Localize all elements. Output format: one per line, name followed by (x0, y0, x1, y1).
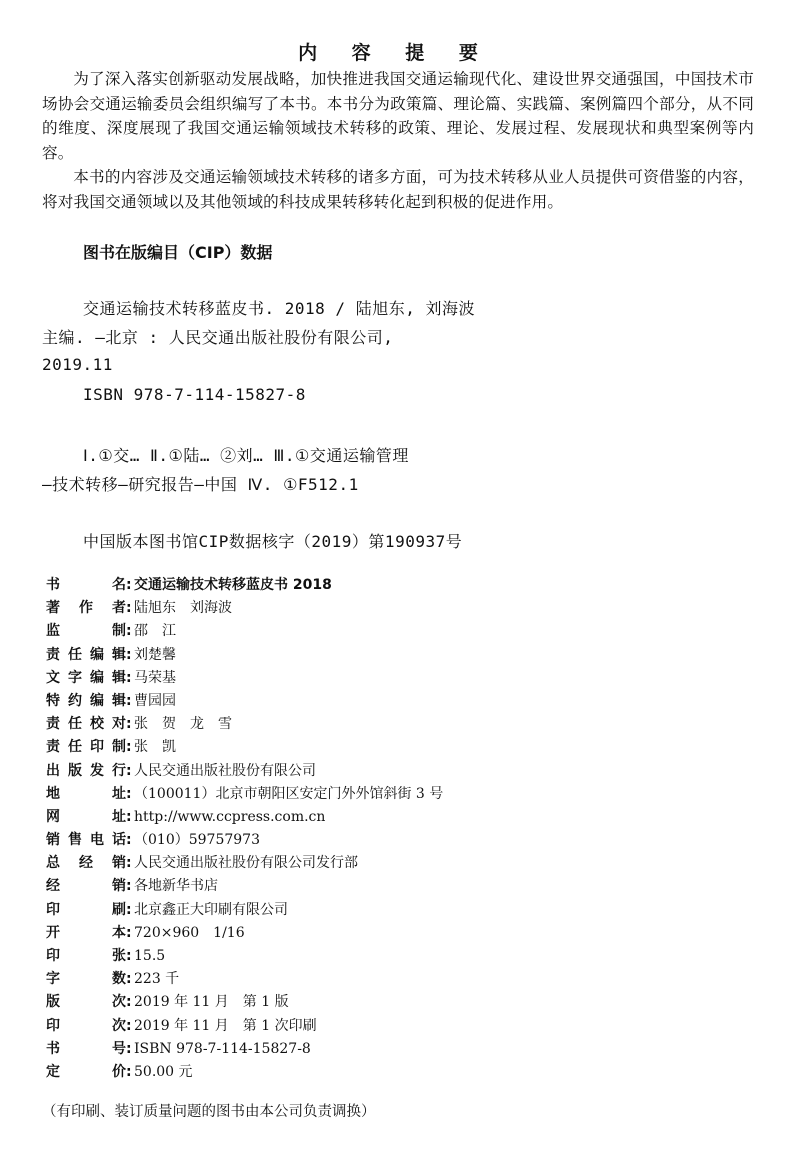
colophon-row-authors: 著作者:陆旭东 刘海波 (46, 597, 443, 620)
colophon-value: 曹园园 (134, 690, 176, 713)
colophon-label: 责任校对 (46, 713, 126, 736)
colophon-row-publisher: 出版发行:人民交通出版社股份有限公司 (46, 760, 443, 783)
colophon-row-special-editor: 特约编辑:曹园园 (46, 690, 443, 713)
colophon-row-proofreader: 责任校对:张 贺 龙 雪 (46, 713, 443, 736)
website-link[interactable]: http://www.ccpress.com.cn (134, 806, 325, 829)
colophon-value: （010）59757973 (134, 829, 260, 852)
colophon-value: 张 贺 龙 雪 (134, 713, 232, 736)
colophon-value: 各地新华书店 (134, 875, 218, 898)
colophon-label: 责任编辑 (46, 644, 126, 667)
colophon-value: 张 凯 (134, 736, 176, 759)
colophon-row-sales-phone: 销售电话:（010）59757973 (46, 829, 443, 852)
colophon-row-printing: 印次:2019 年 11 月 第 1 次印刷 (46, 1015, 443, 1038)
cip-line-title: 交通运输技术转移蓝皮书. 2018 / 陆旭东, 刘海波 (83, 296, 475, 319)
colophon-row-text-editor: 文字编辑:马荣基 (46, 667, 443, 690)
colophon-value: 人民交通出版社股份有限公司发行部 (134, 852, 358, 875)
colophon-label: 著作者 (46, 597, 126, 620)
colophon-value: 邵 江 (134, 620, 176, 643)
colophon-value: 2019 年 11 月 第 1 版 (134, 991, 289, 1014)
colophon-label: 字数 (46, 968, 126, 991)
colophon-row-word-count: 字数:223 千 (46, 968, 443, 991)
cip-line-date: 2019.11 (42, 355, 113, 374)
colophon-row-format: 开本:720×960 1/16 (46, 922, 443, 945)
colophon-label: 文字编辑 (46, 667, 126, 690)
colophon-label: 书名 (46, 574, 126, 597)
cip-line-record-number: 中国版本图书馆CIP数据核字（2019）第190937号 (83, 529, 462, 552)
colophon-row-print-supervisor: 责任印制:张 凯 (46, 736, 443, 759)
colophon-value: 50.00 元 (134, 1061, 193, 1084)
colophon-value: 人民交通出版社股份有限公司 (134, 760, 316, 783)
colophon-label: 印张 (46, 945, 126, 968)
colophon-value: 陆旭东 刘海波 (134, 597, 232, 620)
colophon-label: 定价 (46, 1061, 126, 1084)
colophon-label: 开本 (46, 922, 126, 945)
colophon-value: ISBN 978-7-114-15827-8 (134, 1038, 311, 1061)
colophon-row-distributor: 经销:各地新华书店 (46, 875, 443, 898)
colophon-label: 特约编辑 (46, 690, 126, 713)
colophon-row-general-distributor: 总经销:人民交通出版社股份有限公司发行部 (46, 852, 443, 875)
cip-line-publisher: 主编. —北京 : 人民交通出版社股份有限公司, (42, 325, 393, 348)
colophon: 书名:交通运输技术转移蓝皮书 2018 著作者:陆旭东 刘海波 监制:邵 江 责… (46, 574, 443, 1084)
colophon-label: 版次 (46, 991, 126, 1014)
colophon-row-sheets: 印张:15.5 (46, 945, 443, 968)
colophon-value: 北京鑫正大印刷有限公司 (134, 899, 288, 922)
cip-line-subjects-2: —技术转移—研究报告—中国 Ⅳ. ①F512.1 (42, 472, 359, 495)
colophon-row-edition: 版次:2019 年 11 月 第 1 版 (46, 991, 443, 1014)
cip-line-isbn: ISBN 978-7-114-15827-8 (83, 385, 306, 404)
colophon-label: 监制 (46, 620, 126, 643)
colophon-value: 15.5 (134, 945, 165, 968)
colophon-label: 销售电话 (46, 829, 126, 852)
colophon-value: （100011）北京市朝阳区安定门外外馆斜街 3 号 (134, 783, 443, 806)
colophon-label: 书号 (46, 1038, 126, 1061)
colophon-row-address: 地址:（100011）北京市朝阳区安定门外外馆斜街 3 号 (46, 783, 443, 806)
colophon-row-price: 定价:50.00 元 (46, 1061, 443, 1084)
colophon-label: 责任印制 (46, 736, 126, 759)
colophon-value: 2019 年 11 月 第 1 次印刷 (134, 1015, 317, 1038)
colophon-row-book-title: 书名:交通运输技术转移蓝皮书 2018 (46, 574, 443, 597)
colophon-label: 地址 (46, 783, 126, 806)
colophon-value: 720×960 1/16 (134, 922, 245, 945)
summary-paragraph-1: 为了深入落实创新驱动发展战略，加快推进我国交通运输现代化、建设世界交通强国，中国… (42, 67, 754, 165)
colophon-label: 印刷 (46, 899, 126, 922)
colophon-label: 网址 (46, 806, 126, 829)
colophon-row-isbn: 书号:ISBN 978-7-114-15827-8 (46, 1038, 443, 1061)
footnote-returns-policy: （有印刷、装订质量问题的图书由本公司负责调换） (42, 1100, 376, 1121)
colophon-label: 总经销 (46, 852, 126, 875)
summary-title: 内 容 提 要 (0, 38, 790, 65)
summary-paragraph-2: 本书的内容涉及交通运输领域技术转移的诸多方面，可为技术转移从业人员提供可资借鉴的… (42, 165, 754, 214)
colophon-label: 出版发行 (46, 760, 126, 783)
colophon-row-website: 网址:http://www.ccpress.com.cn (46, 806, 443, 829)
cip-heading: 图书在版编目（CIP）数据 (83, 240, 272, 263)
colophon-value: 马荣基 (134, 667, 176, 690)
cip-line-subjects-1: Ⅰ.①交… Ⅱ.①陆… ②刘… Ⅲ.①交通运输管理 (83, 443, 409, 466)
colophon-label: 印次 (46, 1015, 126, 1038)
colophon-value: 刘楚馨 (134, 644, 176, 667)
colophon-value: 交通运输技术转移蓝皮书 2018 (134, 574, 332, 597)
colophon-row-editor: 责任编辑:刘楚馨 (46, 644, 443, 667)
colophon-value: 223 千 (134, 968, 179, 991)
colophon-row-supervisor: 监制:邵 江 (46, 620, 443, 643)
colophon-row-printer: 印刷:北京鑫正大印刷有限公司 (46, 899, 443, 922)
colophon-label: 经销 (46, 875, 126, 898)
